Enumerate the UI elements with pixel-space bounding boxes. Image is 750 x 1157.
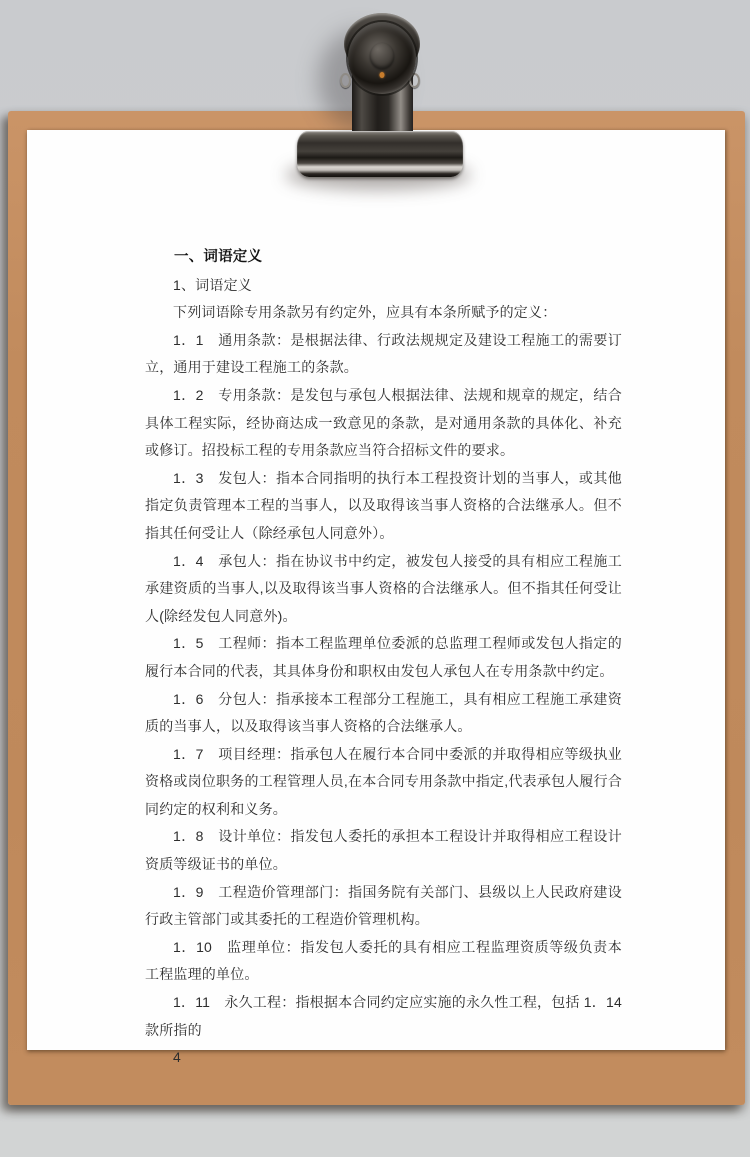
paragraph: 1、词语定义 — [145, 272, 622, 300]
document-title: 一、词语定义 — [145, 244, 622, 272]
clip-spring-wire-right — [409, 73, 420, 88]
page-number: 4 — [145, 1044, 622, 1072]
paragraph: 1．11 永久工程：指根据本合同约定应实施的永久性工程，包括 1．14 款所指的 — [145, 989, 622, 1044]
clip-spring-wire-left — [340, 73, 351, 88]
paragraph: 1．1 通用条款：是根据法律、行政法规规定及建设工程施工的需要订立，通用于建设工… — [145, 327, 622, 382]
paragraph: 1．6 分包人：指承接本工程部分工程施工，具有相应工程施工承建资质的当事人，以及… — [145, 686, 622, 741]
document-content: 一、词语定义 1、词语定义 下列词语除专用条款另有约定外，应具有本条所赋予的定义… — [145, 244, 622, 1072]
paragraph: 1．3 发包人：指本合同指明的执行本工程投资计划的当事人，或其他指定负责管理本工… — [145, 465, 622, 548]
document-page: 一、词语定义 1、词语定义 下列词语除专用条款另有约定外，应具有本条所赋予的定义… — [27, 130, 725, 1050]
clip-reflection-dot — [380, 72, 385, 78]
paragraph: 1．7 项目经理：指承包人在履行本合同中委派的并取得相应等级执业资格或岗位职务的… — [145, 741, 622, 824]
paragraph: 1．5 工程师：指本工程监理单位委派的总监理工程师或发包人指定的履行本合同的代表… — [145, 630, 622, 685]
paragraph: 1．9 工程造价管理部门：指国务院有关部门、县级以上人民政府建设行政主管部门或其… — [145, 879, 622, 934]
paragraph: 1．10 监理单位：指发包人委托的具有相应工程监理资质等级负责本工程监理的单位。 — [145, 934, 622, 989]
clip-knob-hole — [370, 43, 394, 69]
paragraph: 1．8 设计单位：指发包人委托的承担本工程设计并取得相应工程设计资质等级证书的单… — [145, 823, 622, 878]
paragraph-list: 1、词语定义 下列词语除专用条款另有约定外，应具有本条所赋予的定义： 1．1 通… — [145, 272, 622, 1045]
paragraph: 1．2 专用条款：是发包与承包人根据法律、法规和规章的规定，结合具体工程实际，经… — [145, 382, 622, 465]
paragraph: 1．4 承包人：指在协议书中约定，被发包人接受的具有相应工程施工承建资质的当事人… — [145, 548, 622, 631]
clipboard-board: 一、词语定义 1、词语定义 下列词语除专用条款另有约定外，应具有本条所赋予的定义… — [8, 111, 745, 1105]
clip-backplate — [344, 13, 420, 75]
paragraph: 下列词语除专用条款另有约定外，应具有本条所赋予的定义： — [145, 299, 622, 327]
metal-spring-clip-icon — [348, 22, 416, 94]
